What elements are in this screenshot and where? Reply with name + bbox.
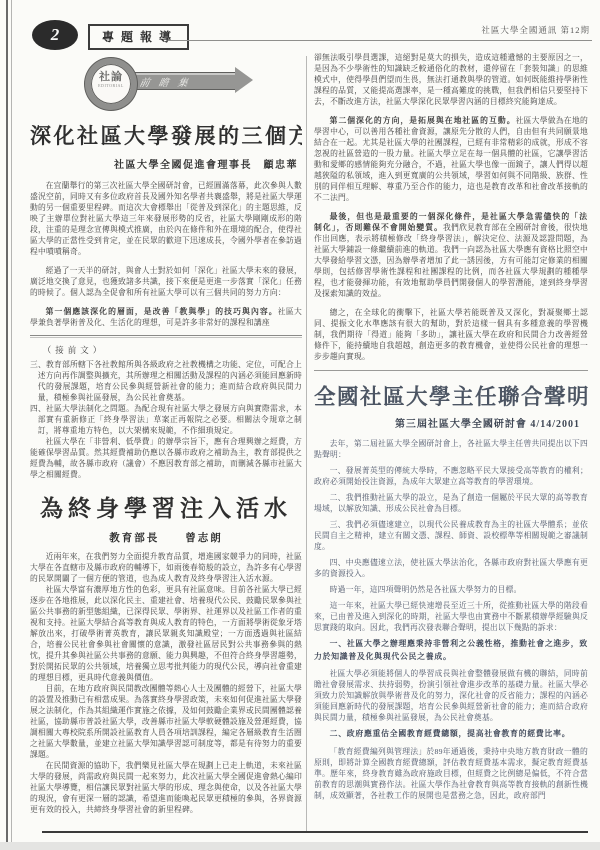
banner-arrow-icon (235, 67, 253, 93)
statement-title: 全國社區大學主任聯合聲明 (314, 380, 588, 411)
page-number-badge: 2 (32, 20, 78, 50)
minister-paragraph: 目前，在地方政府與民間教改團體等熱心人士及團體的經營下，社區大學的設置及推動已有… (30, 683, 302, 760)
column-divider (306, 56, 307, 832)
statement-paragraph: 去年，第二屆社區大學全國研討會上，各社區大學主任曾共同提出以下四點聲明： (314, 438, 588, 460)
editorial-closing-paragraph: 總之，在全球化的衝擊下，社區大學若能既普及又深化，對凝聚鄉土認同、提振文化水準應… (314, 307, 588, 362)
binding-edge-line-light (11, 0, 12, 842)
page-bottom-margin (0, 842, 600, 850)
editorial-continuation-paragraph: 卻無法吸引學員選課，這絕對是莫大的損失，造成這種遺憾的主要原因之一，是因為不少學… (314, 52, 588, 107)
editorial-paragraph: 第一個應該深化的層面，是改善「教與學」的技巧與內容。社區大學兼負著學術普及化、生… (30, 306, 302, 328)
statement-point-2: 二、我們推動社區大學的設立，是為了創造一個屬於平民大眾的高等教育場域，以解放知識… (314, 492, 588, 514)
minister-byline-name: 曾志朗 (185, 533, 223, 544)
statement-paragraph: 這一年來，社區大學已經快速增長至近三十所，從推動社區大學的階段看來，已由普及進入… (314, 600, 588, 633)
statement-point-3: 三、我們必須儘速建立，以現代公民養成教育為主的社區大學體系；並依民間自主之精神，… (314, 519, 588, 552)
editorial-point-2-paragraph: 第二個深化的方向，是拓展與在地社區的互動。社區大學做為在地的學習中心，可以善用各… (314, 115, 588, 203)
statement-section: 全國社區大學主任聯合聲明 第三屆社區大學全國研討會 4/14/2001 去年，第… (314, 380, 588, 801)
continued-section-rule (30, 335, 302, 338)
continued-item-5: 社區大學在「非營利、低學費」的辦學宗旨下，應有合理興辦之經費，方能確保學習品質。… (30, 436, 302, 480)
editorial-point-2-lead: 第二個深化的方向，是拓展與在地社區的互動。 (330, 116, 516, 125)
editorial-point-3-paragraph: 最後，但也是最重要的一個深化條件，是社區大學急需儘快的「法制化」，否則難保不會開… (314, 211, 588, 299)
editorial-point-2-text: 社區大學做為在地的學習中心，可以善用各種社會資源，讓原先分散的人們，自由但有共同… (314, 116, 588, 202)
bottom-page-rule (42, 831, 588, 833)
header-rule (168, 40, 592, 41)
minister-byline-role: 教育部長 (109, 533, 159, 544)
newsletter-page: 2 專題報導 社區大學全國通訊 第12期 前瞻集 社論 EDITORIAL 深化… (0, 0, 600, 842)
minister-article-title: 為終身學習注入活水 (30, 490, 302, 523)
editorial-point-3-text: 我們欣見教育部在全國研討會後，很快地作出回應，表示將積極修改「終身學習法」，解決… (314, 223, 588, 298)
editorial-seal-sub: EDITORIAL (91, 83, 131, 89)
minister-paragraph: 在民間資源的協助下，我們樂見社區大學在規劃上已走上軌道，未來社區大學的發展，尚需… (30, 760, 302, 815)
statement-point-4: 四、中央應儘速立法，使社區大學法治化，各縣市政府對社區大學應有更多的資源投入。 (314, 557, 588, 579)
continued-from-label: （接前文） (43, 344, 302, 356)
editorial-paragraph: 經過了一天半的研討，與會人士對於如何「深化」社區大學未來的發展，廣泛地交換了意見… (30, 265, 302, 298)
editorial-byline: 社區大學全國促進會理事長 顧忠華 (30, 156, 298, 171)
statement-demand-1: 一、社區大學之辦理應秉持非營利之公義性格，推動社會之進步，致力於知識普及化與現代… (314, 638, 588, 663)
minister-paragraph: 近兩年來，在我們努力全面提升教育品質，增進國家競爭力的同時，社區大學在各直轄市及… (30, 551, 302, 584)
continued-item-3: 三、教育部所轄下各社教館所與各級政府之社教機構之功能、定位，可配合上述方向再作調… (30, 359, 302, 403)
continued-item-4: 四、社區大學法制化之問題。為配合現有社區大學之發展方向與實際需求，本部實有重新修… (30, 403, 302, 436)
editorial-banner-text: 前瞻集 (138, 74, 198, 89)
statement-demand-2: 二、政府應重估全國教育經費總額，提高社會教育的經費比率。 (314, 728, 588, 741)
editorial-banner-ribbon: 前瞻集 (123, 72, 237, 90)
minister-paragraph: 社區大學富有濃厚地方性的色彩，更具有社區意味。目前各社區大學已經逐步在各地推展，… (30, 584, 302, 683)
right-column: 卻無法吸引學員選課，這絕對是莫大的損失，造成這種遺憾的主要原因之一，是因為不少學… (314, 52, 588, 832)
statement-demand-1-body: 社區大學必須能將個人的學習成長與社會整體發展做有機的聯結，同時前瞻社會發展需求、… (314, 668, 588, 723)
left-column: 前瞻集 社論 EDITORIAL 深化社區大學發展的三個方向 社區大學全國促進會… (30, 52, 302, 832)
statement-section-rule (314, 370, 588, 371)
editorial-stamp: 前瞻集 社論 EDITORIAL (85, 56, 255, 112)
statement-point-1: 一、發展菁英型的傳統大學時，不應忽略平民大眾接受高等教育的權利；政府必須開始投注… (314, 465, 588, 487)
editorial-seal-icon: 社論 EDITORIAL (85, 58, 137, 110)
minister-byline: 教育部長曾志朗 (30, 530, 302, 545)
editorial-paragraph: 在宜蘭舉行的第三次社區大學全國研討會，已經圓滿落幕，此次參與人數盛況空前，同時又… (30, 180, 302, 257)
editorial-point-1-lead: 第一個應該深化的層面，是改善「教與學」的技巧與內容。 (46, 307, 278, 316)
statement-subtitle: 第三屆社區大學全國研討會 4/14/2001 (314, 415, 580, 430)
editorial-title: 深化社區大學發展的三個方向 (30, 120, 302, 150)
editorial-seal-main: 社論 (91, 72, 131, 83)
binding-edge-line (6, 0, 8, 842)
statement-paragraph: 時過一年，這四項聲明仍然是各社區大學努力的目標。 (314, 584, 588, 595)
section-label: 專題報導 (88, 24, 189, 50)
journal-reference: 社區大學全國通訊 第12期 (481, 24, 590, 36)
statement-demand-2-body: 「教育經費編列與管理法」於89年通過後，秉持中央地方教育財政一體的原則，即將計算… (314, 746, 588, 801)
